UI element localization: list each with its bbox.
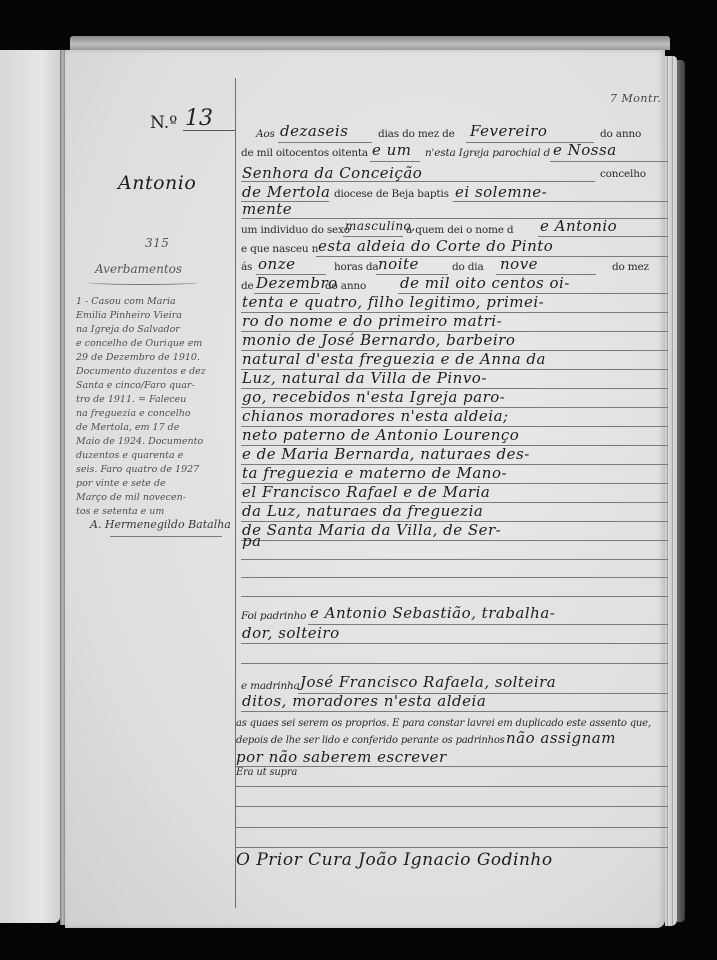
value-signed-2: por não saberem escrever — [236, 748, 447, 766]
book-top-edge — [70, 36, 670, 50]
margin-annotation-line: tos e setenta e um — [76, 506, 164, 517]
body-line: de Santa Maria da Villa, de Ser- — [242, 521, 501, 539]
body-line: Luz, natural da Villa de Pinvo- — [242, 369, 487, 387]
rule — [241, 663, 668, 664]
rule — [236, 806, 668, 807]
entry-number: 13 — [185, 106, 213, 131]
label-madrinha: e madrinha — [241, 680, 300, 692]
margin-annotation-line: seis. Faro quatro de 1927 — [76, 464, 199, 475]
value-year-suffix: e um — [372, 141, 412, 159]
label-de: de — [241, 280, 254, 292]
label-padrinho: Foi padrinho — [241, 610, 306, 622]
label-aos: Aos — [256, 128, 275, 140]
top-right-note: 7 Montr. — [610, 92, 661, 105]
priest-signature: O Prior Cura João Ignacio Godinho — [236, 850, 553, 870]
rule — [308, 624, 668, 625]
page-stack-edge — [665, 56, 677, 926]
value-baptism-type-2: mente — [242, 200, 292, 218]
value-godmother-2: ditos, moradores n'esta aldeia — [242, 692, 486, 710]
margin-annotation-signature: A. Hermenegildo Batalha — [90, 518, 231, 531]
margin-annotation-line: Maio de 1924. Documento — [76, 436, 203, 447]
margin-annotation-line: 29 de Dezembro de 1910. — [76, 352, 200, 363]
margin-heading-underline — [88, 280, 198, 285]
value-godmother-1: José Francisco Rafaela, solteira — [300, 673, 556, 691]
value-birthplace: esta aldeia do Corte do Pinto — [318, 237, 553, 255]
value-hour: onze — [258, 255, 295, 273]
label-do-anno: do anno — [600, 128, 641, 140]
entry-number-underline — [183, 130, 235, 131]
margin-annotation-line: Documento duzentos e dez — [76, 366, 206, 377]
body-line: neto paterno de Antonio Lourenço — [242, 426, 519, 444]
label-do-mez: do mez — [612, 261, 649, 273]
body-line: go, recebidos n'esta Igreja paro- — [242, 388, 505, 406]
margin-annotation-line: de Mertola, em 17 de — [76, 422, 179, 433]
value-month: Fevereiro — [470, 122, 547, 140]
body-line: pa — [242, 532, 262, 550]
margin-annotation-line: na freguezia e concelho — [76, 408, 191, 419]
label-diocese: diocese de Beja baptis — [334, 188, 449, 200]
body-line: de mil oito centos oi- — [400, 274, 570, 292]
label-do-dia: do dia — [452, 261, 484, 273]
body-line: natural d'esta freguezia e de Anna da — [242, 350, 546, 368]
rule — [241, 596, 668, 597]
label-nesta-igreja: n'esta Igreja parochial d — [425, 147, 550, 159]
value-concelho: de Mertola — [242, 183, 330, 201]
rule — [236, 786, 668, 787]
rule — [453, 201, 668, 202]
closing-text-2: depois de lhe ser lido e conferido peran… — [236, 735, 505, 746]
margin-annotation-line: e concelho de Ourique em — [76, 338, 202, 349]
rule — [236, 766, 668, 767]
value-godfather-2: dor, solteiro — [242, 624, 340, 642]
body-line: da Luz, naturaes da freguezia — [242, 502, 483, 520]
closing-text-1: as quaes sei serem os proprios. E para c… — [236, 718, 651, 729]
rule — [241, 711, 668, 712]
rule — [236, 847, 668, 848]
label-do-anno-2: do anno — [325, 280, 366, 292]
scanned-register-page: 7 Montr. N.º 13 Antonio 315 Aos dezaseis… — [0, 0, 717, 960]
margin-annotation-heading: Averbamentos — [95, 262, 182, 276]
value-signed-1: não assignam — [506, 729, 616, 747]
rule — [236, 827, 668, 828]
margin-annotation-line: duzentos e quarenta e — [76, 450, 183, 461]
value-day: dezaseis — [280, 122, 348, 140]
rule — [370, 161, 420, 162]
body-line: monio de José Bernardo, barbeiro — [242, 331, 515, 349]
label-individuo: um individuo do sexo — [241, 224, 350, 236]
rule — [316, 256, 668, 257]
margin-annotation-line: Santa e cinco/Faro quar- — [76, 380, 195, 391]
label-a-quem: a quem dei o nome d — [406, 224, 513, 236]
margin-annotation-line: Março de mil novecen- — [76, 492, 186, 503]
value-baptism-type-1: ei solemne- — [455, 183, 547, 201]
rule — [550, 161, 668, 162]
rule — [241, 643, 668, 644]
margin-baptized-name: Antonio — [118, 172, 196, 194]
margin-annotation-line: tro de 1911. = Faleceu — [76, 394, 186, 405]
margin-rule — [235, 78, 236, 908]
margin-folio-number: 315 — [145, 236, 169, 250]
rule — [538, 236, 668, 237]
margin-annotation-line: por vinte e sete de — [76, 478, 166, 489]
margin-signature-underline — [110, 536, 222, 537]
label-nasceu: e que nasceu n — [241, 243, 318, 255]
body-line: chianos moradores n'esta aldeia; — [242, 407, 509, 425]
value-period: noite — [378, 255, 419, 273]
label-as: ás — [241, 261, 252, 273]
rule — [241, 181, 595, 182]
entry-number-label: N.º — [150, 113, 177, 133]
margin-annotation-line: 1 - Casou com Maria — [76, 296, 176, 307]
value-birth-day: nove — [500, 255, 538, 273]
body-line: ta freguezia e materno de Mano- — [242, 464, 507, 482]
value-parish-2: Senhora da Conceição — [242, 164, 422, 182]
body-line: el Francisco Rafael e de Maria — [242, 483, 490, 501]
value-name: e Antonio — [540, 217, 617, 235]
book-cover-edge — [677, 60, 685, 922]
value-sex: masculino, — [345, 219, 416, 233]
body-line: e de Maria Bernarda, naturaes des- — [242, 445, 530, 463]
value-godfather-1: e Antonio Sebastião, trabalha- — [310, 604, 555, 622]
label-de-mil: de mil oitocentos oitenta — [241, 147, 368, 159]
left-page-edge — [0, 50, 60, 923]
body-line: ro do nome e do primeiro matri- — [242, 312, 502, 330]
body-line: tenta e quatro, filho legitimo, primei- — [242, 293, 544, 311]
margin-annotation-line: na Igreja do Salvador — [76, 324, 180, 335]
label-dias-do-mez: dias do mez de — [378, 128, 455, 140]
rule — [278, 142, 372, 143]
value-parish-1: e Nossa — [553, 141, 617, 159]
rule — [241, 540, 668, 541]
label-concelho: concelho — [600, 168, 646, 180]
label-horas-da: horas da — [334, 261, 378, 273]
era-ut-supra: Era ut supra — [236, 767, 297, 778]
rule — [241, 577, 668, 578]
rule — [241, 559, 668, 560]
margin-annotation-line: Emilia Pinheiro Vieira — [76, 310, 182, 321]
